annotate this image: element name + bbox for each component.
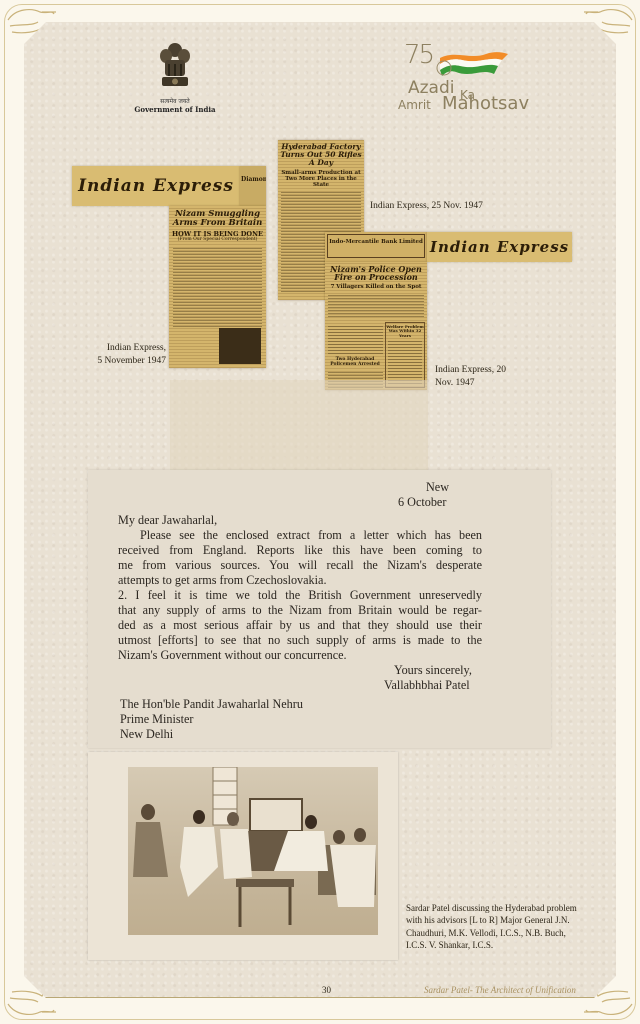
letter-para2-line: 2. I feel it is time we told the British… <box>118 588 482 603</box>
photo-illustration <box>128 767 378 935</box>
national-emblem-icon <box>155 40 195 96</box>
emblem-motto: सत्यमेव जयते <box>130 97 220 105</box>
logo-mahotsav: Mahotsav <box>442 93 529 114</box>
letter-para2-line: Nizam's Government without our concurren… <box>118 648 347 663</box>
clipping-2-caption: Indian Express, 25 Nov. 1947 <box>370 200 483 213</box>
patel-letter: New 6 October My dear Jawaharlal, Please… <box>88 470 551 748</box>
clipping-1-masthead: Indian Express <box>72 166 240 206</box>
flag-icon <box>436 50 510 80</box>
letter-para1-line: attempts to get arms from Czechoslovakia… <box>118 573 327 588</box>
letter-para2-line: utmost [efforts] to see that no such sup… <box>118 633 482 648</box>
letter-salutation: My dear Jawaharlal, <box>118 513 217 528</box>
clipping-1-side-panel: Diamonds <box>240 166 266 206</box>
letter-signature: Vallabhbhai Patel <box>384 678 470 693</box>
letter-para1-line: Please see the enclosed extract from a l… <box>140 528 482 543</box>
letter-closing: Yours sincerely, <box>394 663 472 678</box>
clipping-3-caption: Indian Express, 20 Nov. 1947 <box>435 364 506 391</box>
clipping-3-article: Nizam's Police Open Fire on Procession 7… <box>325 262 427 390</box>
clipping-1-photo <box>219 328 261 364</box>
azadi-ka-amrit-mahotsav-logo: 75 Azadi Ka Amrit Mahotsav <box>398 40 538 116</box>
government-emblem: सत्यमेव जयते Government of India <box>130 40 220 114</box>
historical-photo-frame <box>88 752 398 960</box>
historical-photo <box>128 767 378 935</box>
logo-amrit: Amrit <box>398 98 431 112</box>
letter-addressee-line: The Hon'ble Pandit Jawaharlal Nehru <box>120 697 303 712</box>
letter-addressee-line: New Delhi <box>120 727 173 742</box>
letter-faded-backdrop <box>170 380 428 472</box>
clipping-3-bank-ad: Indo-Mercantile Bank Limited <box>325 232 427 262</box>
logo-number: 75 <box>404 40 433 70</box>
clipping-1-caption: Indian Express, 5 November 1947 <box>104 342 166 369</box>
letter-para2-line: that any supply of arms to the Nizam fro… <box>118 603 482 618</box>
emblem-caption: Government of India <box>130 105 220 114</box>
letter-addressee-line: Prime Minister <box>120 712 193 727</box>
letter-para1-line: me from various sources. You will recall… <box>118 558 482 573</box>
page-number: 30 <box>322 985 331 995</box>
letter-para2-line: ded as a most serious affair by us and t… <box>118 618 482 633</box>
letter-date: 6 October <box>398 495 446 510</box>
letter-place: New <box>426 480 449 495</box>
photo-caption: Sardar Patel discussing the Hyderabad pr… <box>406 902 586 952</box>
letter-para1-line: received from England. Reports like this… <box>118 543 482 558</box>
book-title: Sardar Patel- The Architect of Unificati… <box>424 985 576 995</box>
clipping-3-masthead: Indian Express <box>427 232 572 262</box>
clipping-1-article: Nizam Smuggling Arms From Britain HOW IT… <box>169 206 266 368</box>
